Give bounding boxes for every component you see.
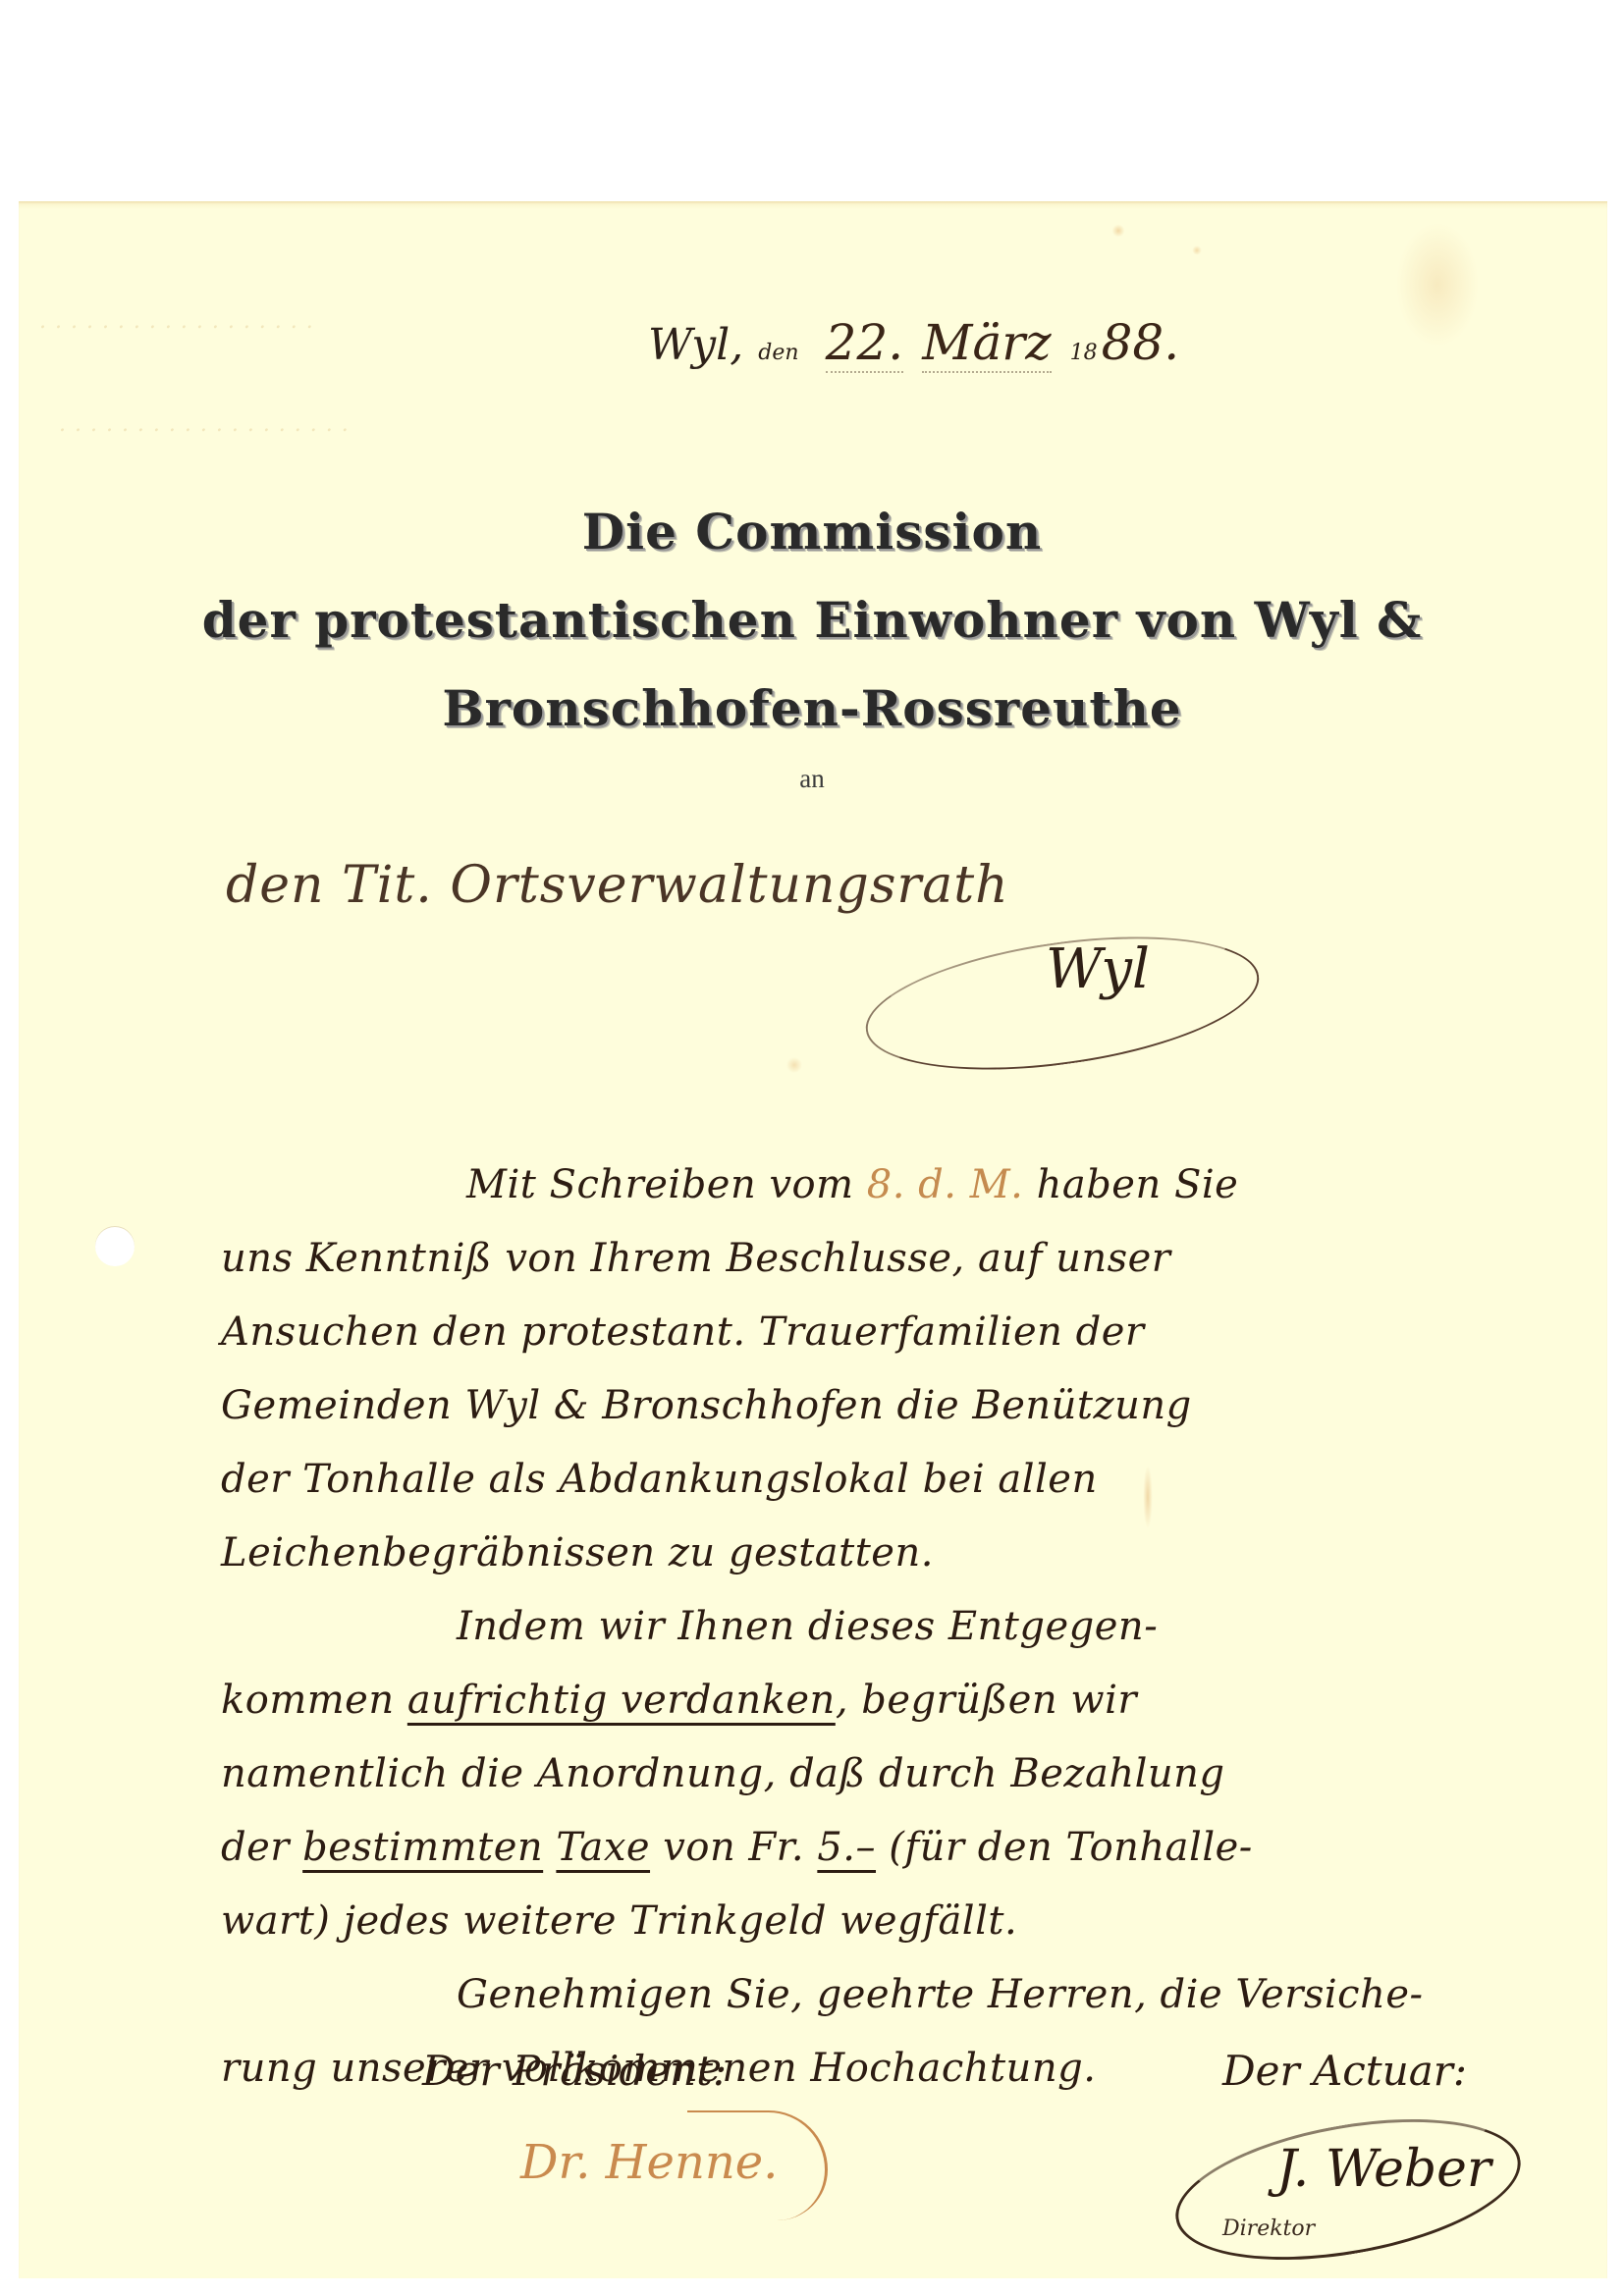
body-text: von Fr. [663, 1825, 804, 1870]
body-line: Leichenbegräbnissen zu gestatten. [221, 1517, 1537, 1590]
body-line: Ansuchen den protestant. Trauerfamilien … [221, 1296, 1537, 1369]
bleed-through-text: . . . . . . . . . . . . . . . . . . . [59, 412, 350, 437]
date-den-label: den [758, 341, 798, 365]
underlined-text: bestimmten [302, 1825, 543, 1870]
date-month: März [922, 314, 1051, 373]
body-line: der bestimmten Taxe von Fr. 5.– (für den… [221, 1811, 1537, 1885]
letterhead-line-2: der protestantischen Einwohner von Wyl & [0, 591, 1624, 649]
letter-body: Mit Schreiben vom 8. d. M. haben Sie uns… [221, 1148, 1537, 2106]
recipient-name: den Tit. Ortsverwaltungsrath [226, 856, 1009, 915]
signature-flourish [687, 2110, 828, 2220]
letterhead-line-3: Bronschhofen-Rossreuthe [0, 679, 1624, 737]
body-line: uns Kenntniß von Ihrem Beschlusse, auf u… [221, 1222, 1537, 1296]
body-line: Gemeinden Wyl & Bronschhofen die Benützu… [221, 1369, 1537, 1443]
body-line: wart) jedes weitere Trinkgeld wegfällt. [221, 1885, 1537, 1958]
actuary-label: Der Actuar: [1222, 2047, 1467, 2095]
letterhead-to: an [0, 764, 1624, 794]
date-place: Wyl, [648, 320, 743, 370]
date-year-prefix: 18 [1070, 341, 1098, 365]
body-text: Mit Schreiben vom [466, 1162, 854, 1207]
letterhead-title: Die Commission [0, 503, 1624, 561]
underlined-text: aufrichtig verdanken [407, 1678, 836, 1723]
date-year-suffix: 88. [1102, 314, 1180, 371]
actuary-signature: J. Weber [1276, 2140, 1491, 2199]
fee-amount: 5.– [817, 1825, 876, 1870]
body-text: (für den Tonhalle- [889, 1825, 1253, 1870]
recipient-place: Wyl [1046, 937, 1150, 1001]
body-line: Mit Schreiben vom 8. d. M. haben Sie [221, 1148, 1537, 1222]
body-text: , begrüßen wir [836, 1678, 1137, 1723]
body-line: Indem wir Ihnen dieses Entgegen- [221, 1590, 1537, 1664]
body-text: haben Sie [1037, 1162, 1239, 1207]
actuary-title: Direktor [1222, 2216, 1315, 2241]
date-day: 22. [826, 314, 904, 373]
body-text: der [221, 1825, 290, 1870]
date-reference: 8. d. M. [867, 1162, 1024, 1207]
bleed-through-text: . . . . . . . . . . . . . . . . . . [39, 309, 314, 334]
body-line: kommen aufrichtig verdanken, begrüßen wi… [221, 1664, 1537, 1737]
underlined-text: Taxe [556, 1825, 650, 1870]
president-label: Der Präsident: [422, 2047, 727, 2095]
date-line: Wyl, den 22. März 1888. [648, 314, 1179, 371]
body-line: Genehmigen Sie, geehrte Herren, die Vers… [221, 1958, 1537, 2032]
body-text: kommen [221, 1678, 395, 1723]
body-line: namentlich die Anordnung, daß durch Beza… [221, 1737, 1537, 1811]
punch-hole [95, 1227, 135, 1266]
body-line: der Tonhalle als Abdankungslokal bei all… [221, 1443, 1537, 1517]
